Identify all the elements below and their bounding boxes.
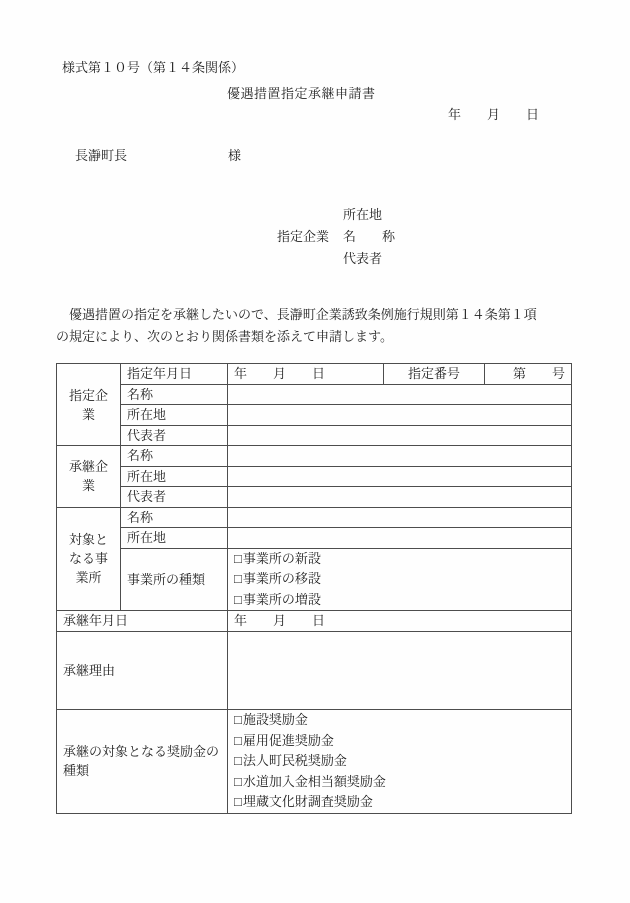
checkbox-icon[interactable]: □ bbox=[234, 753, 243, 768]
subsidy-option-cultural-survey[interactable]: □埋蔵文化財調査奨励金 bbox=[234, 792, 565, 813]
subsidy-type-options: □施設奨励金 □雇用促進奨励金 □法人町民税奨励金 □水道加入金相当額奨励金 □… bbox=[228, 710, 572, 814]
field-label-designated-name: 名称 bbox=[121, 384, 228, 405]
field-label-succession-reason: 承継理由 bbox=[57, 631, 228, 710]
field-label-succeeding-name: 名称 bbox=[121, 446, 228, 467]
checkbox-option-label: 法人町民税奨励金 bbox=[243, 753, 347, 768]
subsidy-option-corporate-tax[interactable]: □法人町民税奨励金 bbox=[234, 751, 565, 772]
body-paragraph-line-2: の規定により、次のとおり関係書類を添えて申請します。 bbox=[56, 326, 537, 348]
input-cell-succession-reason[interactable] bbox=[228, 631, 572, 710]
field-label-succeeding-location: 所在地 bbox=[121, 466, 228, 487]
input-cell-succeeding-location[interactable] bbox=[228, 466, 572, 487]
field-label-office-type: 事業所の種類 bbox=[121, 548, 228, 611]
applicant-location-label: 所在地 bbox=[343, 207, 382, 222]
designation-number-field[interactable]: 第 号 bbox=[485, 364, 572, 385]
input-cell-succeeding-representative[interactable] bbox=[228, 487, 572, 508]
applicant-block: 所在地 指定企業名 称 代表者 bbox=[277, 204, 395, 270]
checkbox-icon[interactable]: □ bbox=[234, 592, 243, 607]
office-type-options: □事業所の新設 □事業所の移設 □事業所の増設 bbox=[228, 548, 572, 611]
succession-date-field[interactable]: 年 月 日 bbox=[228, 611, 572, 632]
field-label-office-name: 名称 bbox=[121, 507, 228, 528]
addressee-name: 長瀞町長 bbox=[75, 145, 228, 164]
field-label-designated-location: 所在地 bbox=[121, 405, 228, 426]
input-cell-designated-location[interactable] bbox=[228, 405, 572, 426]
checkbox-option-label: 埋蔵文化財調査奨励金 bbox=[243, 794, 373, 809]
addressee-honorific: 様 bbox=[228, 148, 241, 163]
subsidy-option-water-fee[interactable]: □水道加入金相当額奨励金 bbox=[234, 772, 565, 793]
checkbox-icon[interactable]: □ bbox=[234, 733, 243, 748]
submission-date-line: 年 月 日 bbox=[448, 104, 539, 123]
designation-date-field[interactable]: 年 月 日 bbox=[228, 364, 384, 385]
input-cell-designated-name[interactable] bbox=[228, 384, 572, 405]
office-type-option-relocate[interactable]: □事業所の移設 bbox=[234, 569, 565, 590]
addressee-line: 長瀞町長様 bbox=[75, 145, 241, 164]
input-cell-office-location[interactable] bbox=[228, 528, 572, 549]
input-cell-office-name[interactable] bbox=[228, 507, 572, 528]
office-type-option-expand[interactable]: □事業所の増設 bbox=[234, 590, 565, 611]
group-label-target-office: 対象となる事業所 bbox=[57, 507, 121, 611]
checkbox-icon[interactable]: □ bbox=[234, 794, 243, 809]
field-label-subsidy-types: 承継の対象となる奨励金の種類 bbox=[57, 710, 228, 814]
group-label-succeeding-company: 承継企業 bbox=[57, 446, 121, 508]
body-paragraph: 優遇措置の指定を承継したいので、長瀞町企業誘致条例施行規則第１４条第１項 の規定… bbox=[56, 304, 537, 348]
input-cell-succeeding-name[interactable] bbox=[228, 446, 572, 467]
group-label-designated-company: 指定企業 bbox=[57, 364, 121, 446]
applicant-representative-label: 代表者 bbox=[343, 251, 382, 266]
checkbox-option-label: 事業所の増設 bbox=[243, 592, 321, 607]
field-label-designation-number: 指定番号 bbox=[384, 364, 485, 385]
checkbox-option-label: 雇用促進奨励金 bbox=[243, 733, 334, 748]
field-label-succession-date: 承継年月日 bbox=[57, 611, 228, 632]
application-table: 指定企業 指定年月日 年 月 日 指定番号 第 号 名称 所在地 代表者 承継企… bbox=[56, 363, 572, 814]
checkbox-option-label: 施設奨励金 bbox=[243, 712, 308, 727]
field-label-designation-date: 指定年月日 bbox=[121, 364, 228, 385]
field-label-designated-representative: 代表者 bbox=[121, 425, 228, 446]
checkbox-icon[interactable]: □ bbox=[234, 712, 243, 727]
body-paragraph-line-1: 優遇措置の指定を承継したいので、長瀞町企業誘致条例施行規則第１４条第１項 bbox=[56, 304, 537, 326]
office-type-option-new[interactable]: □事業所の新設 bbox=[234, 549, 565, 570]
checkbox-icon[interactable]: □ bbox=[234, 551, 243, 566]
page-title: 優遇措置指定承継申請書 bbox=[227, 83, 376, 102]
input-cell-designated-representative[interactable] bbox=[228, 425, 572, 446]
form-page: 様式第１０号（第１４条関係） 優遇措置指定承継申請書 年 月 日 長瀞町長様 所… bbox=[0, 0, 630, 903]
applicant-role-label: 指定企業 bbox=[277, 226, 343, 248]
checkbox-option-label: 事業所の移設 bbox=[243, 571, 321, 586]
field-label-office-location: 所在地 bbox=[121, 528, 228, 549]
checkbox-icon[interactable]: □ bbox=[234, 774, 243, 789]
applicant-name-label: 名 称 bbox=[343, 229, 395, 244]
subsidy-option-employment[interactable]: □雇用促進奨励金 bbox=[234, 731, 565, 752]
field-label-succeeding-representative: 代表者 bbox=[121, 487, 228, 508]
checkbox-option-label: 事業所の新設 bbox=[243, 551, 321, 566]
checkbox-option-label: 水道加入金相当額奨励金 bbox=[243, 774, 386, 789]
form-number: 様式第１０号（第１４条関係） bbox=[62, 57, 244, 76]
subsidy-option-facility[interactable]: □施設奨励金 bbox=[234, 710, 565, 731]
checkbox-icon[interactable]: □ bbox=[234, 571, 243, 586]
